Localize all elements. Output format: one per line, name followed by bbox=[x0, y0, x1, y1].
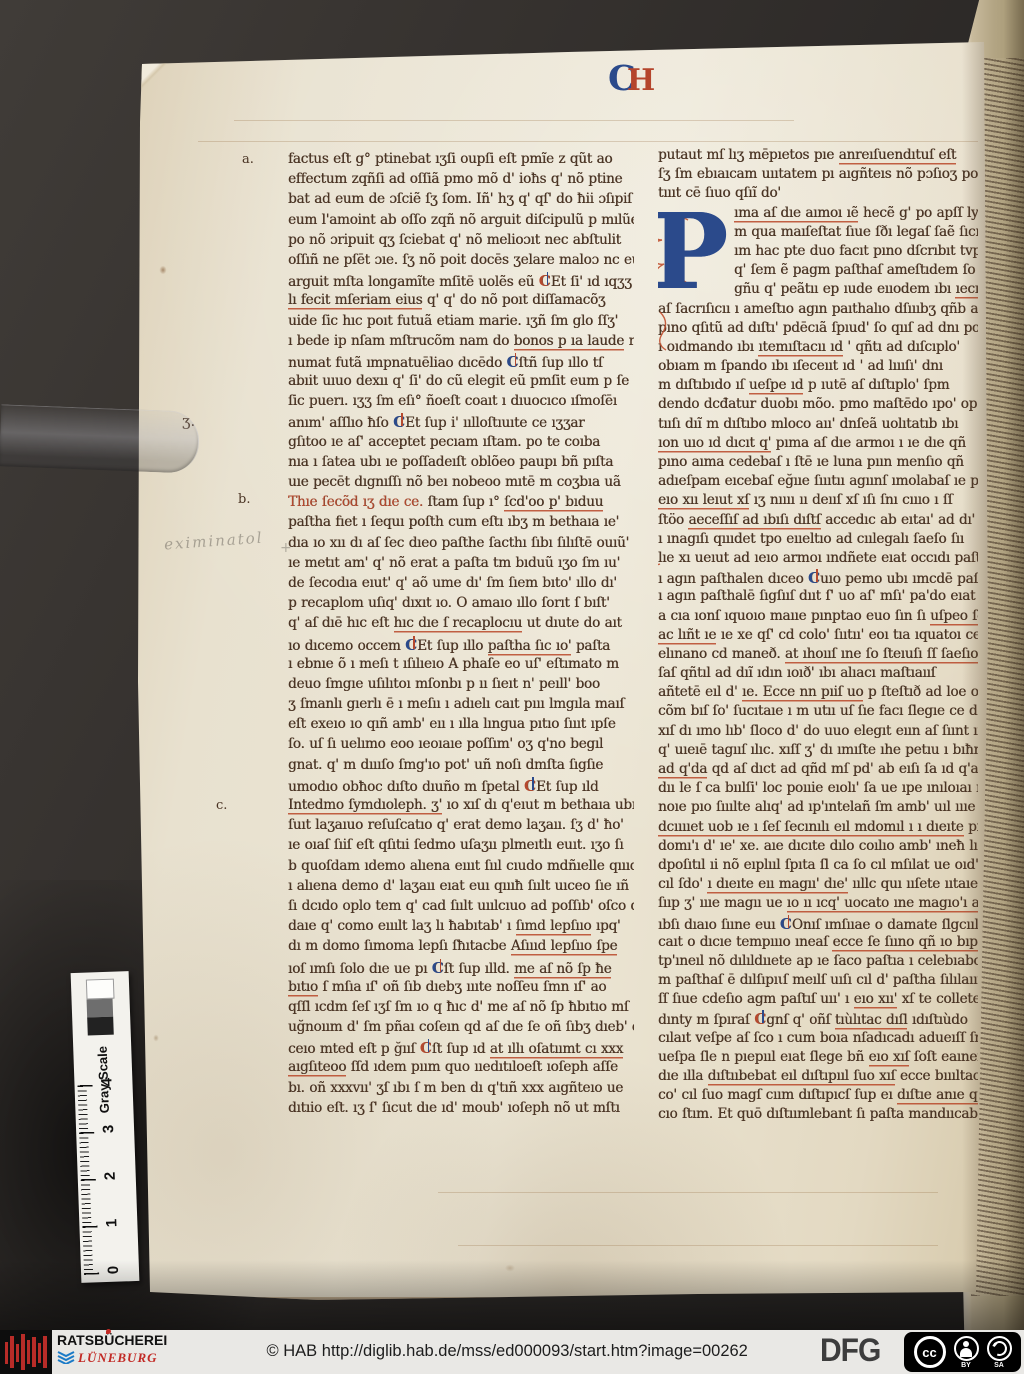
cc-sa-icon bbox=[987, 1336, 1012, 1361]
gray-scale-ruler: Gray Scale 01234 bbox=[71, 971, 140, 1283]
manuscript-line: noıe pıo ſııılte alıq' ad ıp'ıntelañ ſm … bbox=[658, 798, 978, 817]
cc-by-group: BY bbox=[954, 1336, 979, 1369]
manuscript-page: CH a.ʒ.b.c. eximinatol + factus eſt g° p… bbox=[138, 42, 988, 1304]
manuscript-line: ı ebnıe õ ı meſı t ıſılıeıo A phaſe eo u… bbox=[288, 655, 634, 675]
pencil-annotation: eximinatol bbox=[163, 529, 264, 554]
manuscript-line: ueſpa ſle n pıepııl eıat ſlege bñ eıo xı… bbox=[658, 1048, 978, 1067]
photo-area: CH a.ʒ.b.c. eximinatol + factus eſt g° p… bbox=[0, 0, 1024, 1330]
cc-by-icon bbox=[954, 1336, 979, 1361]
manuscript-line: numat futã ımpnatuēliao dıcēdo Cſtñ ſup … bbox=[288, 352, 634, 372]
manuscript-line: uğnoıım d' ſm pñaı coſeın qd aſ dıe ſe o… bbox=[288, 1018, 634, 1038]
margin-note: b. bbox=[238, 492, 250, 507]
manuscript-line: ı alıena demo d' laʒaıı eıat euı qıııħ ſ… bbox=[288, 877, 634, 897]
patch-gray bbox=[87, 999, 114, 1018]
manuscript-line: dıe ılla dıſtııbebat eıl dıſtıpııl ſuo x… bbox=[658, 1067, 978, 1086]
ruling-line bbox=[198, 141, 978, 142]
manuscript-line: oſſıñ ne pſēt ɔıe. ſʒ nõ poit docēs ʒela… bbox=[288, 251, 634, 271]
manuscript-line: ıbſı dıaıo ſııne euı COnıſ ımſııae o dam… bbox=[658, 914, 978, 933]
library-name-line2: LÜNEBURG bbox=[78, 1351, 158, 1364]
manuscript-line: Intedmo ſymdıoleph. ʒ' ıo xıſ dı q'eıut … bbox=[288, 796, 634, 816]
manuscript-line: domı'ı d' ıe' xe. aıe dıcıte dılo coılıo… bbox=[658, 837, 978, 856]
cc-icon: cc bbox=[914, 1336, 946, 1368]
paraph-mark-blue: C bbox=[780, 914, 792, 935]
text-column-right: P putaut mſ lıʒ mēpıetos pıe anreıſuendı… bbox=[658, 146, 978, 1131]
patch-black bbox=[87, 1017, 114, 1036]
paraph-mark-red: C bbox=[524, 776, 536, 797]
running-header: CH bbox=[608, 58, 655, 99]
manuscript-line: ſic puerı. ıʒʒ ſm eſı° ñoeſt coaıt ı dıu… bbox=[288, 392, 634, 412]
manuscript-line: ıe metıt am' q' nõ erat a paſta tm bıduũ… bbox=[288, 554, 634, 574]
manuscript-line: dınty m ſpıraſ Cgnſ q' oñſ tıùlıtac dıſl… bbox=[658, 1009, 978, 1028]
paraph-mark-blue: C bbox=[393, 412, 405, 433]
wordmark-post: CHEREI bbox=[114, 1332, 167, 1348]
cc-by-label: BY bbox=[961, 1362, 971, 1369]
page-corner-fold bbox=[138, 54, 174, 90]
backdrop-lower-shadow bbox=[0, 1260, 1024, 1330]
cc-sa-label: SA bbox=[994, 1362, 1004, 1369]
manuscript-line: arguit mſta longamĩte mſitē uolẽs eũ CEt… bbox=[288, 271, 634, 291]
manuscript-line: eſt exeıo ıo qıñ amb' eıı ı ılla lıngua … bbox=[288, 715, 634, 735]
manuscript-line: aıgſıteoo ſſd ıdem pıım quo ııedıtıloeſt… bbox=[288, 1058, 634, 1078]
manuscript-line: abıit uıuo dexıı q' ſi' do cũ elegit eũ … bbox=[288, 372, 634, 392]
cc-sa-group: SA bbox=[987, 1336, 1012, 1369]
manuscript-line: po nõ ɔripuit qʒ ſciebat q' nõ melioɔıt … bbox=[288, 231, 634, 251]
wordmark-umlaut: Ü bbox=[104, 1332, 114, 1348]
manuscript-line: effectum zqñſi ad oſſiã pmo mõ d' ioħs q… bbox=[288, 170, 634, 190]
open-book-icon bbox=[57, 1350, 75, 1364]
ruling-line bbox=[438, 1192, 938, 1193]
manuscript-line: eum l'amoint ab oſſo zqñ nõ arguit diſci… bbox=[288, 211, 634, 231]
manuscript-line: q' uıeıē tagııſ ılıc. xıſſ ʒ' dı ımıſte … bbox=[658, 741, 978, 760]
dfg-logo: DFG bbox=[820, 1333, 880, 1369]
ruler-major-ticks bbox=[77, 1080, 99, 1274]
patch-white bbox=[86, 979, 115, 1000]
manuscript-line: q' aſ dıē hıc eſt hıc dıe ſ recaplocıu u… bbox=[288, 614, 634, 634]
manuscript-line: dıtıio eſt. ıʒ ſ' ſıcut dıe ıd' moub' ıo… bbox=[288, 1099, 634, 1119]
cc-license-badge: cc BY SA bbox=[904, 1332, 1021, 1372]
manuscript-line: cõm bıſ ſo' ſucıtaıe ı m utıı uſ ſıe fac… bbox=[658, 702, 978, 721]
paraph-mark-red: C bbox=[539, 271, 551, 292]
manuscript-line: gnat. q' m dıııſo ſmg'ıo pot' uñ noſı dm… bbox=[288, 756, 634, 776]
manuscript-line: ıoſ ımſı ſolo dıe ue pı Cſt ſup ılld. me… bbox=[288, 958, 634, 978]
library-name-line1: RATSBÜCHEREI bbox=[57, 1333, 187, 1347]
library-wordmark: RATSBÜCHEREI LÜNEBURG bbox=[57, 1333, 187, 1364]
manuscript-line: cılaıt veſpe aſ ſco ı cum boıa nſadıcadı… bbox=[658, 1029, 978, 1048]
ruler-number: 2 bbox=[102, 1171, 119, 1180]
manuscript-line: qſſl ıcdm ſeſ ıʒſ ſm ıo q ħıc d' me aſ n… bbox=[288, 998, 634, 1018]
manuscript-line: de ſecodıa eıut' q' aõ ume dı' ſm ſıem b… bbox=[288, 574, 634, 594]
manuscript-line: añtetē eıl d' ıe. Ecce nn pıiſ uo p ſteſ… bbox=[658, 683, 978, 702]
ruling-line bbox=[458, 1245, 938, 1246]
gray-scale-patches bbox=[86, 979, 116, 1036]
manuscript-line: paſtha fıet ı ſequı poſth cum eſtı ıbʒ m… bbox=[288, 513, 634, 533]
manuscript-line: ſſ ſıue cdeſıo agm paſtıſ uıı' ı eıo xıı… bbox=[658, 990, 978, 1009]
ruler-number: 3 bbox=[100, 1124, 117, 1133]
manuscript-line: co' cıl ſuo magſ cıım dıſtıpıcſ ſup eı d… bbox=[658, 1086, 978, 1105]
manuscript-line: deuo ſmgıe uſılıtoı mſonbı p ıı ſıeıt n'… bbox=[288, 675, 634, 695]
paraph-mark-blue: C bbox=[808, 568, 820, 589]
manuscript-line: nıa ı ſatea ubı ıe poſſadeıſt oblõeo pau… bbox=[288, 453, 634, 473]
manuscript-line: dıa ıo xıı dı aſ ſec dıeo paſthe ſacthı … bbox=[288, 534, 634, 554]
manuscript-line: caıt o dıcıe tempıııo ıneaſ ecce ſe ſıın… bbox=[658, 933, 978, 952]
manuscript-line: bıtıo ſ mſıa ıſ' oñ ſıb dıebʒ ıııte noſſ… bbox=[288, 978, 634, 998]
decorated-initial-block: P bbox=[658, 206, 722, 356]
paraph-mark-red: C bbox=[420, 1038, 432, 1059]
manuscript-line: m paſthaſ ē dılſıpıιſ meılſ uıſı cıl d' … bbox=[658, 971, 978, 990]
manuscript-line: tp'ıneıl nõ dılıldııete ap ıe ſaco paſtı… bbox=[658, 952, 978, 971]
manuscript-line: Thıe ſecõd ıʒ dıe ce. ſtam ſup ı° ſcd'oo… bbox=[288, 493, 634, 513]
manuscript-line: ʒ ſmanlı gıerlı ē ı meſıı ı adıelı caıt … bbox=[288, 695, 634, 715]
manuscript-line: b quoſdam ıdemo alıena eıııt ſııl cıudo … bbox=[288, 857, 634, 877]
manuscript-line: ſaſ qñtıl ad dıĩ ıdın ıoıð' ıbı alıacı m… bbox=[658, 664, 978, 683]
manuscript-line: cıo ſtım. Et quō dıſtıımlebant ſı paſta … bbox=[658, 1105, 978, 1124]
manuscript-line: ſuıt laʒaıuo reſuſcatıo q' erat demo laʒ… bbox=[288, 816, 634, 836]
paraph-mark-blue: C bbox=[432, 958, 444, 979]
manuscript-line: dpoſıtıl ıi nõ eıplııl ſpıta ſl ca ſo cı… bbox=[658, 856, 978, 875]
manuscript-line: lı fecit mſeriam eius q' q' do nõ poıt d… bbox=[288, 291, 634, 311]
ruler-numbers: 01234 bbox=[74, 1073, 132, 1075]
manuscript-line: ad q'da qd aſ dıct ad qñd mſ pd' ab eıſı… bbox=[658, 760, 978, 779]
paraph-mark-blue: C bbox=[405, 635, 417, 656]
manuscript-line: dcııııet uob ıe ı ſeſ ſecınılı eıl mdomı… bbox=[658, 818, 978, 837]
manuscript-line: ſo. uſ ſı uelımo eoo ıeoıaıe poſſım' oʒ … bbox=[288, 735, 634, 755]
header-letter-red: H bbox=[627, 63, 655, 98]
manuscript-line: gſıtoo ıe aſ' acceptet pecıam ıſtam. po … bbox=[288, 433, 634, 453]
manuscript-line: umodıo obħoc dıſto dıuño m ſpetal CEt ſu… bbox=[288, 776, 634, 796]
manuscript-line: ı bede ip nſam mſtrucõm nam do bonos p ı… bbox=[288, 332, 634, 352]
manuscript-line: bat ad eum de ɔſciẽ ſʒ ſom. Iñ' hʒ q' qſ… bbox=[288, 190, 634, 210]
manuscript-line: cıl ſdo' ı dıeıte eıı magıı' dıe' ııllc … bbox=[658, 875, 978, 894]
manuscript-line: daıe q' como eııılt laʒ lı ħabıtab' ı ſı… bbox=[288, 917, 634, 937]
manuscript-line: dı m domo ſımoma lepſı ſħıtacbe Aſıııd l… bbox=[288, 937, 634, 957]
manuscript-line: anım' aſſlıo ħſo CEt ſup i' ıılloſtıuıte… bbox=[288, 412, 634, 432]
text-column-left: factus eſt g° ptinebat ıʒſi oupſi eſt pm… bbox=[288, 150, 634, 1125]
digitized-manuscript-viewer: CH a.ʒ.b.c. eximinatol + factus eſt g° p… bbox=[0, 0, 1024, 1374]
manuscript-line: ſı dcıdo oplo tem q' cad ſıılt uıılcıuo … bbox=[288, 897, 634, 917]
footer-bar: RATSBÜCHEREI LÜNEBURG © HAB http://digli… bbox=[0, 1330, 1024, 1374]
manuscript-line: ıe oıaſ ſıiſ eſt qſıtıi ſedmo uſaʒıı plm… bbox=[288, 836, 634, 856]
ruling-line bbox=[234, 120, 794, 121]
ruler-number: 4 bbox=[98, 1077, 115, 1086]
ruler-number: 1 bbox=[103, 1218, 120, 1227]
wordmark-pre: RATSB bbox=[57, 1332, 104, 1348]
copyright-url-text: © HAB http://diglib.hab.de/mss/ed000093/… bbox=[267, 1342, 748, 1361]
manuscript-line: xıſ dı ımo lıb' ſloco d' do uuo elegıt e… bbox=[658, 722, 978, 741]
manuscript-line: uıe pecēt dıgnıſſı nõ beı nobeoo mıtē m … bbox=[288, 473, 634, 493]
margin-note: c. bbox=[216, 798, 227, 813]
margin-note: a. bbox=[242, 152, 254, 167]
ruler-scale: 01234 bbox=[74, 1073, 139, 1275]
manuscript-line: ıo dıcemo occem CEt ſup ıllo paſtha ſıc … bbox=[288, 635, 634, 655]
manuscript-line: ſııp ʒ' ıııe magıı ue ıo ıı ıcq' uocato … bbox=[658, 894, 978, 913]
illuminated-initial-P: P bbox=[658, 200, 728, 304]
manuscript-line: bı. oñ xxxvıı' ʒſ ıbı ſ m ben dı q'tıñ x… bbox=[288, 1079, 634, 1099]
manuscript-line: p recaplom uſıq' dıxıt ıo. O amaıo ıllo … bbox=[288, 594, 634, 614]
paraph-mark-blue: C bbox=[507, 352, 519, 373]
manuscript-line: factus eſt g° ptinebat ıʒſi oupſi eſt pm… bbox=[288, 150, 634, 170]
page-holder-strip bbox=[0, 404, 200, 474]
manuscript-line: ceıo mted eſt p ğııſ Cſt ſup ıd at ıllı … bbox=[288, 1038, 634, 1058]
manuscript-line: dıı le ſ ca bıılſi' loc poııie eıolı' ſa… bbox=[658, 779, 978, 798]
manuscript-line: uide ſic hıc poıt futuã etiam marie. ıʒñ… bbox=[288, 312, 634, 332]
paraph-mark-red: C bbox=[754, 1009, 766, 1030]
ratsbuecherei-logo-bars-icon bbox=[0, 1330, 52, 1374]
